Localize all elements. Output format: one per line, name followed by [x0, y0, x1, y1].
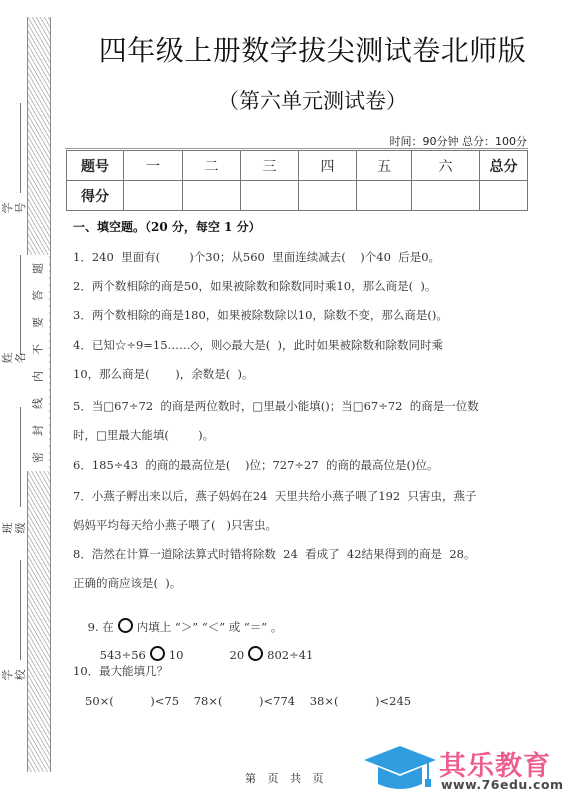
- score-cell[interactable]: [357, 181, 412, 211]
- score-cell[interactable]: [299, 181, 357, 211]
- expr1-right: 10: [169, 648, 184, 662]
- seal-char: 线: [25, 393, 52, 415]
- exam-subtitle: （第六单元测试卷）: [60, 85, 565, 115]
- header-divider: [65, 148, 528, 149]
- table-row-header: 题号 一 二 三 四 五 六 总分: [67, 151, 528, 181]
- question-line: 1．240 里面有( )个30；从560 里面连续减去( )个40 后是0。: [73, 249, 440, 265]
- student-id-line[interactable]: [20, 103, 21, 193]
- seal-char: 题: [25, 258, 52, 280]
- table-header-cell: 一: [124, 151, 183, 181]
- expr1-left: 543÷56: [100, 648, 146, 662]
- table-header-cell: 二: [183, 151, 241, 181]
- score-cell[interactable]: [183, 181, 241, 211]
- seal-char: 封: [25, 420, 52, 442]
- question-line: 3．两个数相除的商是180，如果被除数除以10，除数不变，那么商是()。: [73, 307, 448, 323]
- question-line: 时，□里最大能填( )。: [73, 427, 214, 443]
- table-header-cell: 六: [412, 151, 480, 181]
- score-cell[interactable]: [480, 181, 528, 211]
- student-school-label: 学校: [5, 662, 23, 688]
- student-school-line[interactable]: [20, 560, 21, 660]
- expr2-left: 20: [230, 648, 245, 662]
- student-class-label: 班级: [5, 515, 23, 541]
- question-line: 8．浩然在计算一道除法算式时错将除数 24 看成了 42结果得到的商是 28。: [73, 546, 475, 562]
- section-heading: 一、填空题。（20 分，每空 1 分）: [73, 218, 261, 235]
- seal-char: 答: [25, 285, 52, 307]
- question-line: 10，那么商是( )，余数是( )。: [73, 366, 253, 382]
- score-cell[interactable]: [124, 181, 183, 211]
- question-line: 6．185÷43 的商的最高位是( )位；727÷27 的商的最高位是()位。: [73, 457, 438, 473]
- question-10-items: 50×( )<75 78×( )<774 38×( )<245: [85, 694, 411, 708]
- seal-char: 不: [25, 339, 52, 361]
- table-header-cell: 总分: [480, 151, 528, 181]
- graduation-cap-icon: [362, 742, 440, 794]
- question-line: 妈妈平均每天给小燕子喂了( )只害虫。: [73, 517, 277, 533]
- student-name-label: 姓名: [5, 345, 23, 371]
- student-name-line[interactable]: [20, 255, 21, 355]
- expr2-right: 802÷41: [267, 648, 313, 662]
- question-line: 2．两个数相除的商是50，如果被除数和除数同时乘10，那么商是( )。: [73, 278, 436, 294]
- seal-char: 内: [25, 366, 52, 388]
- seal-char: 密: [25, 447, 52, 469]
- seal-char: 要: [25, 312, 52, 334]
- exam-meta: 时间：90分钟 总分：100分: [390, 133, 528, 149]
- circle-icon: [118, 618, 133, 633]
- table-row-scores: 得分: [67, 181, 528, 211]
- page-number: 第 页 共 页: [245, 770, 328, 786]
- table-header-cell: 五: [357, 151, 412, 181]
- seal-text: 题 答 要 不 内 线 封 密: [27, 255, 49, 471]
- question-line: 4．已知☆÷9=15……◇，则◇最大是( )，此时如果被除数和除数同时乘: [73, 337, 443, 353]
- student-id-label: 学号: [5, 195, 23, 221]
- score-table: 题号 一 二 三 四 五 六 总分 得分: [66, 150, 528, 211]
- exam-title: 四年级上册数学拔尖测试卷北师版: [60, 29, 565, 69]
- table-header-cell: 四: [299, 151, 357, 181]
- score-cell[interactable]: [241, 181, 299, 211]
- student-class-line[interactable]: [20, 407, 21, 507]
- table-row-label: 得分: [67, 181, 124, 211]
- question-line: 正确的商应该是( )。: [73, 575, 181, 591]
- brand-url[interactable]: www.76edu.com: [441, 777, 564, 792]
- compare-circle-1[interactable]: [150, 646, 165, 661]
- score-cell[interactable]: [412, 181, 480, 211]
- compare-circle-2[interactable]: [248, 646, 263, 661]
- question-line: 5．当□67÷72 的商是两位数时，□里最小能填()；当□67÷72 的商是一位…: [73, 398, 479, 414]
- question-10: 10．最大能填几？: [73, 663, 168, 679]
- table-header-cell: 三: [241, 151, 299, 181]
- table-header-cell: 题号: [67, 151, 124, 181]
- brand-logo: 其乐教育 www.76edu.com: [362, 742, 562, 797]
- question-line: 7．小燕子孵出来以后，燕子妈妈在24 天里共给小燕子喂了192 只害虫，燕子: [73, 488, 477, 504]
